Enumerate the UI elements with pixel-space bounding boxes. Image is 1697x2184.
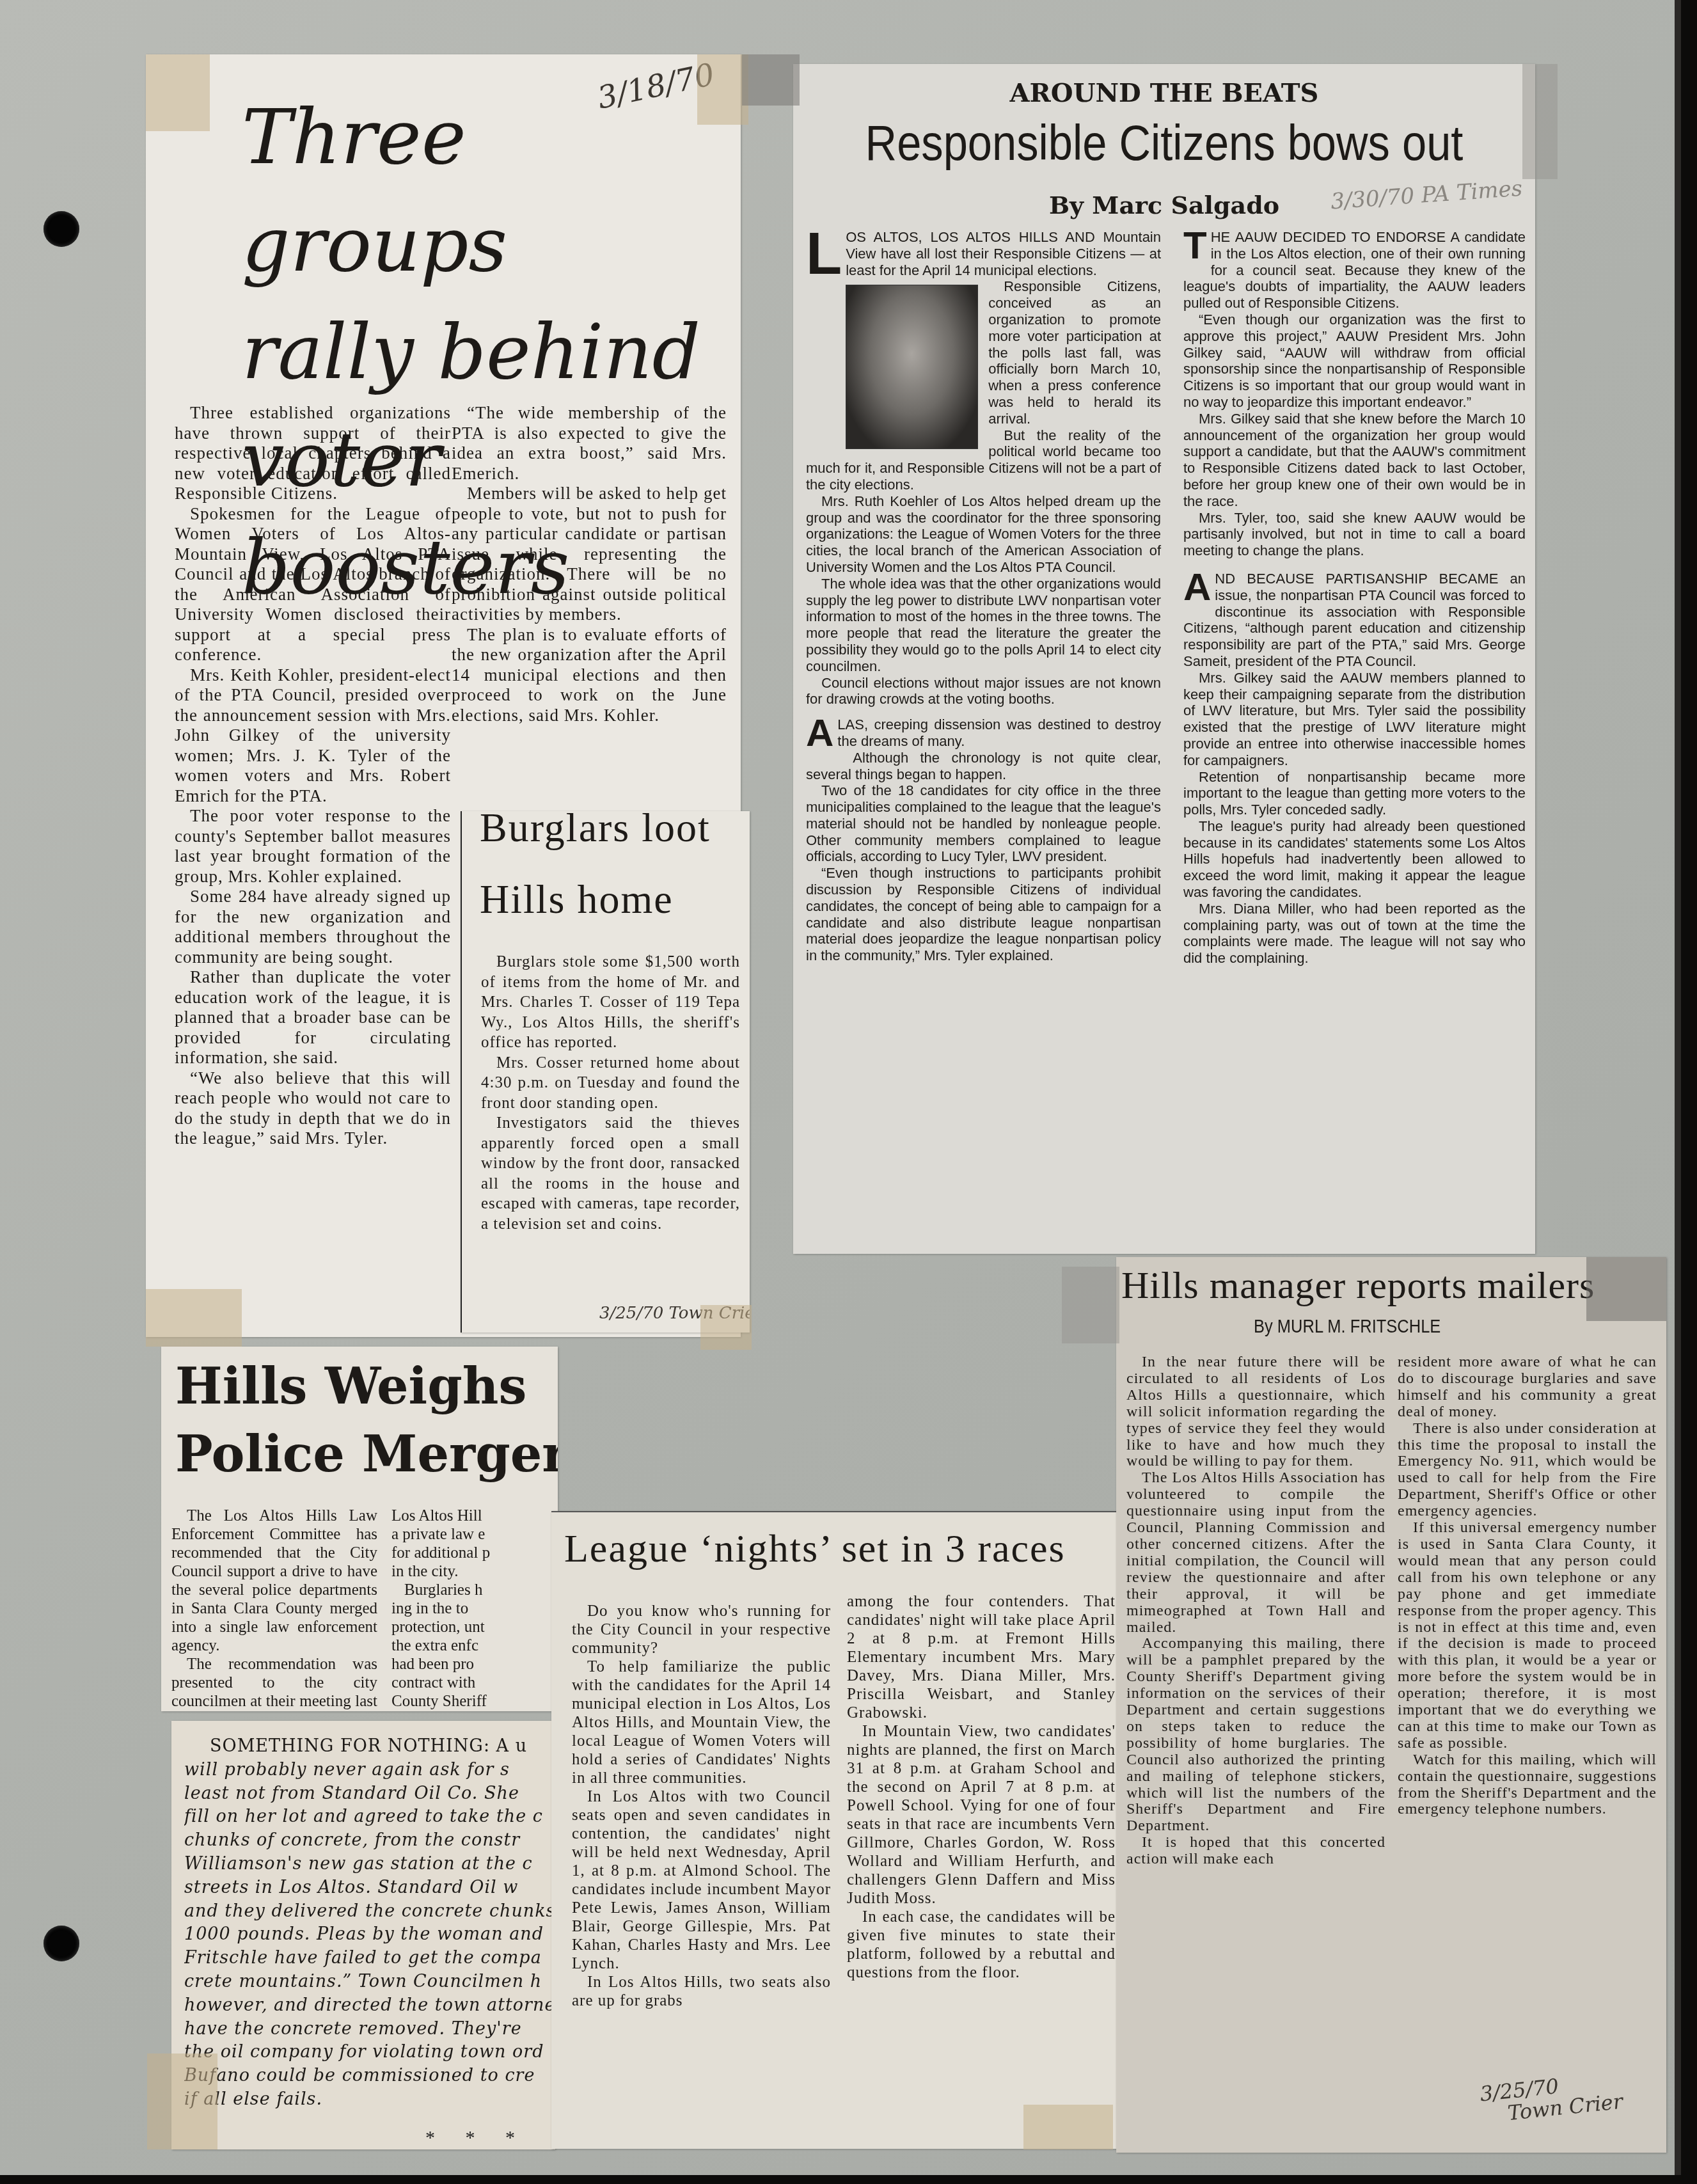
article-body: Burglars stole some $1,500 worth of item… — [481, 952, 740, 1234]
portrait-photo — [846, 285, 978, 449]
headline: Responsible Citizens bows out — [838, 114, 1491, 172]
clipping-mailers: Hills manager reports mailers By MURL M.… — [1116, 1257, 1666, 2153]
clipping-police-merger: Hills Weighs Police Merger The Los Altos… — [161, 1347, 558, 1711]
tape-strip — [1586, 1257, 1666, 1321]
drop-cap: A — [806, 716, 833, 750]
binder-hole-bottom — [43, 1926, 79, 1961]
drop-cap: L — [806, 229, 842, 279]
article-column-1: In the near future there will be circula… — [1126, 1354, 1385, 1868]
tape-strip — [1522, 64, 1558, 179]
scrapbook-board: 3/18/70 Three groups rally behind voter … — [0, 0, 1681, 2175]
article-column-2: “The wide membership of the PTA is also … — [452, 403, 727, 725]
article-column-2: THE AAUW DECIDED TO ENDORSE A candidate … — [1183, 229, 1526, 967]
kicker: AROUND THE BEATS — [793, 78, 1535, 108]
drop-cap: A — [1183, 571, 1211, 604]
clipping-responsible-citizens: AROUND THE BEATS Responsible Citizens bo… — [793, 64, 1535, 1254]
tape-strip — [700, 1305, 752, 1350]
article-column-1: Do you know who's running for the City C… — [572, 1602, 831, 2010]
byline: By MURL M. FRITSCHLE — [1254, 1316, 1440, 1338]
article-column-2: among the four contenders. That candidat… — [847, 1592, 1116, 1982]
article-column-1: Three established organizations have thr… — [175, 403, 451, 1149]
headline: Hills Weighs Police Merger — [175, 1353, 558, 1489]
italic-column: SOMETHING FOR NOTHING: A u will probably… — [184, 1735, 555, 2112]
tape-strip — [1062, 1267, 1119, 1343]
headline: Burglars loot Hills home — [480, 811, 711, 935]
clipping-something-for-nothing: SOMETHING FOR NOTHING: A u will probably… — [171, 1721, 555, 2149]
tape-strip — [147, 2053, 217, 2149]
tape-strip — [1023, 2105, 1113, 2149]
section-separator: * * * — [425, 2127, 528, 2149]
tape-strip — [697, 54, 748, 125]
tape-strip — [146, 54, 210, 131]
drop-cap: T — [1183, 229, 1207, 262]
tape-strip — [742, 54, 800, 106]
binder-hole-top — [43, 211, 79, 247]
headline: Hills manager reports mailers — [1121, 1263, 1595, 1308]
article-column-1: The Los Altos Hills Law Enforcement Comm… — [171, 1507, 377, 1711]
article-column-2: resident more aware of what he can do to… — [1398, 1354, 1657, 1818]
handwritten-source-note: 3/25/70 Town Crier — [1479, 2069, 1623, 2127]
tape-strip — [146, 1289, 242, 1347]
article-column-2-cropped: Los Altos Hill a private law e for addit… — [391, 1507, 558, 1711]
clipping-league-nights: League ‘nights’ set in 3 races Do you kn… — [551, 1511, 1133, 2149]
clipping-burglars: Burglars loot Hills home Burglars stole … — [461, 811, 750, 1333]
headline: League ‘nights’ set in 3 races — [564, 1526, 1066, 1572]
article-column-1: LOS ALTOS, LOS ALTOS HILLS AND Mountain … — [806, 229, 1161, 964]
